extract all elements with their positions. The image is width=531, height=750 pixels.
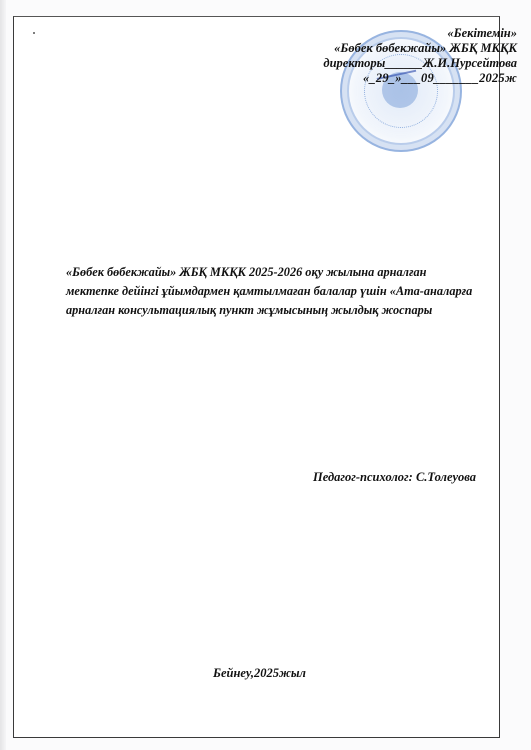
scan-speck <box>33 32 35 34</box>
title-line-3: арналған консультациялық пункт жұмысының… <box>66 301 506 320</box>
title-line-2: мектепке дейінгі ұйымдармен қамтылмаған … <box>66 282 506 301</box>
author-line: Педагог-психолог: С.Толеуова <box>313 470 476 485</box>
approval-date: «_29_»___09_______2025ж <box>323 71 517 86</box>
approval-organization: «Бөбек бөбекжайы» ЖБҚ МКҚК <box>323 41 517 56</box>
document-page-frame <box>13 16 500 738</box>
document-title: «Бөбек бөбекжайы» ЖБҚ МКҚК 2025-2026 оқу… <box>66 263 506 320</box>
approval-heading: «Бекітемін» <box>323 26 517 41</box>
scan-edge-shadow <box>0 0 6 750</box>
approval-block: «Бекітемін» «Бөбек бөбекжайы» ЖБҚ МКҚК д… <box>323 26 517 86</box>
approval-director: директоры______Ж.И.Нурсейтова <box>323 56 517 71</box>
title-line-1: «Бөбек бөбекжайы» ЖБҚ МКҚК 2025-2026 оқу… <box>66 263 506 282</box>
place-year: Бейнеу,2025жыл <box>213 666 306 681</box>
